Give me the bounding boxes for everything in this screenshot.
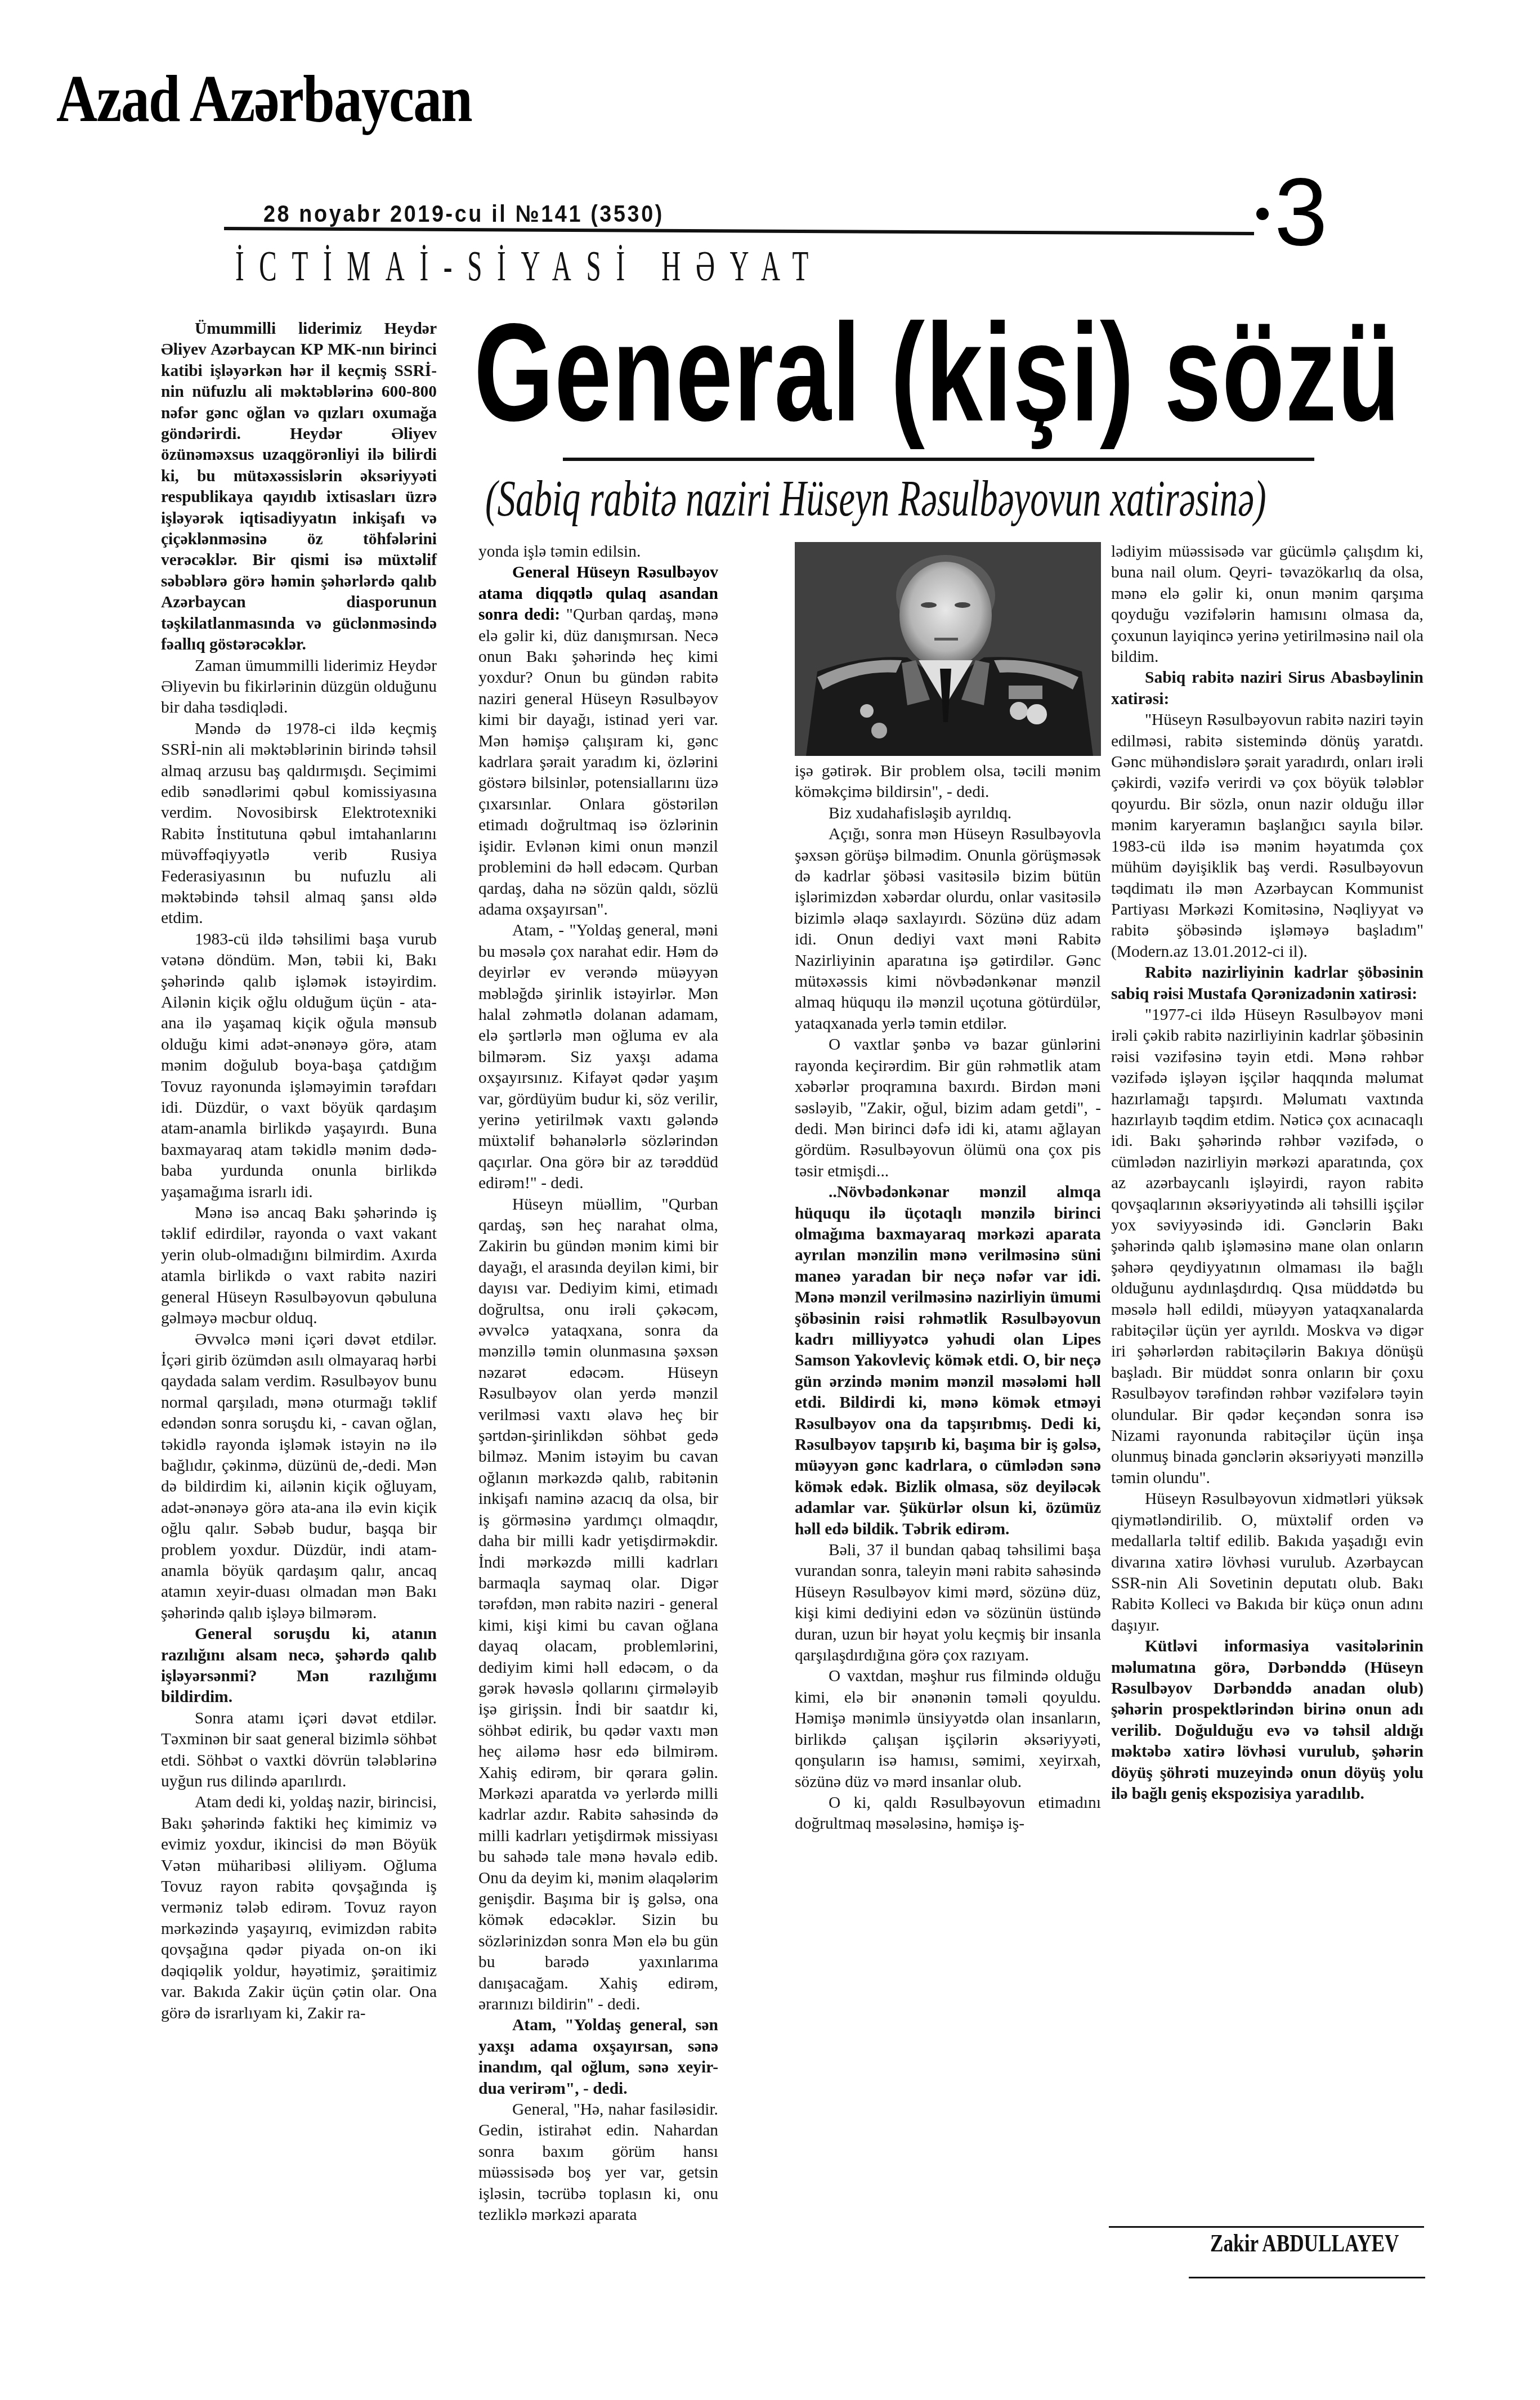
article-paragraph: O ki, qaldı Rəsulbəyovun etimadını doğru… bbox=[795, 1793, 1101, 1835]
article-column-3: işə gətirək. Bir problem olsa, təcili mə… bbox=[795, 761, 1101, 1835]
article-paragraph: Kütləvi informasiya vasitələrinin məluma… bbox=[1111, 1636, 1423, 1805]
article-paragraph: Biz xudahafisləşib ayrıldıq. bbox=[795, 803, 1101, 824]
author-signature: Zakir ABDULLAYEV bbox=[1210, 2229, 1399, 2258]
article-paragraph: Rabitə nazirliyinin kadrlar şöbəsinin sa… bbox=[1111, 962, 1423, 1005]
article-paragraph: "Hüseyn Rəsulbəyovun rabitə naziri təyin… bbox=[1111, 710, 1423, 962]
article-column-1: Ümummilli liderimiz Heydər Əliyev Azərba… bbox=[161, 319, 437, 2024]
article-paragraph: Zaman ümummilli liderimiz Heydər Əliyevi… bbox=[161, 656, 437, 719]
article-paragraph: O vaxtlar şənbə və bazar günlərini rayon… bbox=[795, 1035, 1101, 1182]
article-paragraph: O vaxtdan, məşhur rus filmində olduğu ki… bbox=[795, 1666, 1101, 1792]
signature-rule-bottom bbox=[1189, 2277, 1425, 2278]
article-column-4: lədiyim müəssisədə var gücümlə çalışdım … bbox=[1111, 541, 1423, 1805]
article-paragraph: yonda işlə təmin edilsin. bbox=[478, 541, 718, 562]
article-paragraph: Hüseyn müəllim, "Qurban qardaş, sən heç … bbox=[478, 1194, 718, 2016]
page-number: 3 bbox=[1256, 164, 1328, 260]
portrait-photo-icon bbox=[795, 542, 1101, 756]
article-paragraph: Bəli, 37 il bundan qabaq təhsilimi başa … bbox=[795, 1540, 1101, 1666]
section-title: İCTİMAİ-SİYASİ HƏYAT bbox=[235, 242, 823, 291]
article-paragraph: Atam, "Yoldaş general, sən yaxşı adama o… bbox=[478, 2015, 718, 2099]
article-paragraph: Atam dedi ki, yoldaş nazir, birincisi, B… bbox=[161, 1792, 437, 2023]
article-paragraph: General, "Hə, nahar fasiləsidir. Gedin, … bbox=[478, 2099, 718, 2226]
article-paragraph: lədiyim müəssisədə var gücümlə çalışdım … bbox=[1111, 541, 1423, 668]
subtitle-rule bbox=[563, 458, 1314, 461]
header-rule bbox=[224, 227, 1254, 235]
page-number-value: 3 bbox=[1274, 159, 1328, 266]
article-paragraph: Məndə də 1978-ci ildə keçmiş SSRİ-nin al… bbox=[161, 719, 437, 929]
article-paragraph: Açığı, sonra mən Hüseyn Rəsulbəyovla şəx… bbox=[795, 824, 1101, 1035]
article-paragraph: General Hüseyn Rəsulbəyov atama diqqətlə… bbox=[478, 562, 718, 920]
paragraph-text: "Qurban qardaş, mənə elə gəlir ki, düz d… bbox=[478, 606, 718, 919]
article-paragraph: ..Növbədənkənar mənzil almqa hüququ ilə … bbox=[795, 1182, 1101, 1540]
article-paragraph: işə gətirək. Bir problem olsa, təcili mə… bbox=[795, 761, 1101, 803]
newspaper-masthead: Azad Azərbaycan bbox=[56, 61, 472, 137]
article-paragraph: Atam, - "Yoldaş general, məni bu məsələ … bbox=[478, 920, 718, 1194]
bullet-dot-icon bbox=[1256, 208, 1269, 220]
signature-rule-top bbox=[1109, 2226, 1424, 2228]
article-paragraph: Hüseyn Rəsulbəyovun xidmətləri yüksək qi… bbox=[1111, 1489, 1423, 1636]
article-paragraph: Sabiq rabitə naziri Sirus Abasbəylinin x… bbox=[1111, 668, 1423, 710]
article-subtitle: (Sabiq rabitə naziri Hüseyn Rəsulbəyovun… bbox=[485, 474, 1266, 525]
article-paragraph: Ümummilli liderimiz Heydər Əliyev Azərba… bbox=[161, 319, 437, 656]
article-headline: General (kişi) sözü bbox=[474, 304, 1401, 442]
article-column-2: yonda işlə təmin edilsin.General Hüseyn … bbox=[478, 541, 718, 2226]
article-paragraph: General soruşdu ki, atanın razılığını al… bbox=[161, 1624, 437, 1708]
issue-dateline: 28 noyabr 2019-cu il №141 (3530) bbox=[263, 200, 664, 227]
article-paragraph: "1977-ci ildə Hüseyn Rəsulbəyov məni irə… bbox=[1111, 1005, 1423, 1489]
portrait-photo bbox=[795, 542, 1101, 756]
article-paragraph: Mənə isə ancaq Bakı şəhərində iş təklif … bbox=[161, 1203, 437, 1329]
article-paragraph: 1983-cü ildə təhsilimi başa vurub vətənə… bbox=[161, 929, 437, 1203]
article-paragraph: Əvvəlcə məni içəri dəvət etdilər. İçəri … bbox=[161, 1329, 437, 1624]
article-paragraph: Sonra atamı içəri dəvət etdilər. Təxminə… bbox=[161, 1708, 437, 1793]
